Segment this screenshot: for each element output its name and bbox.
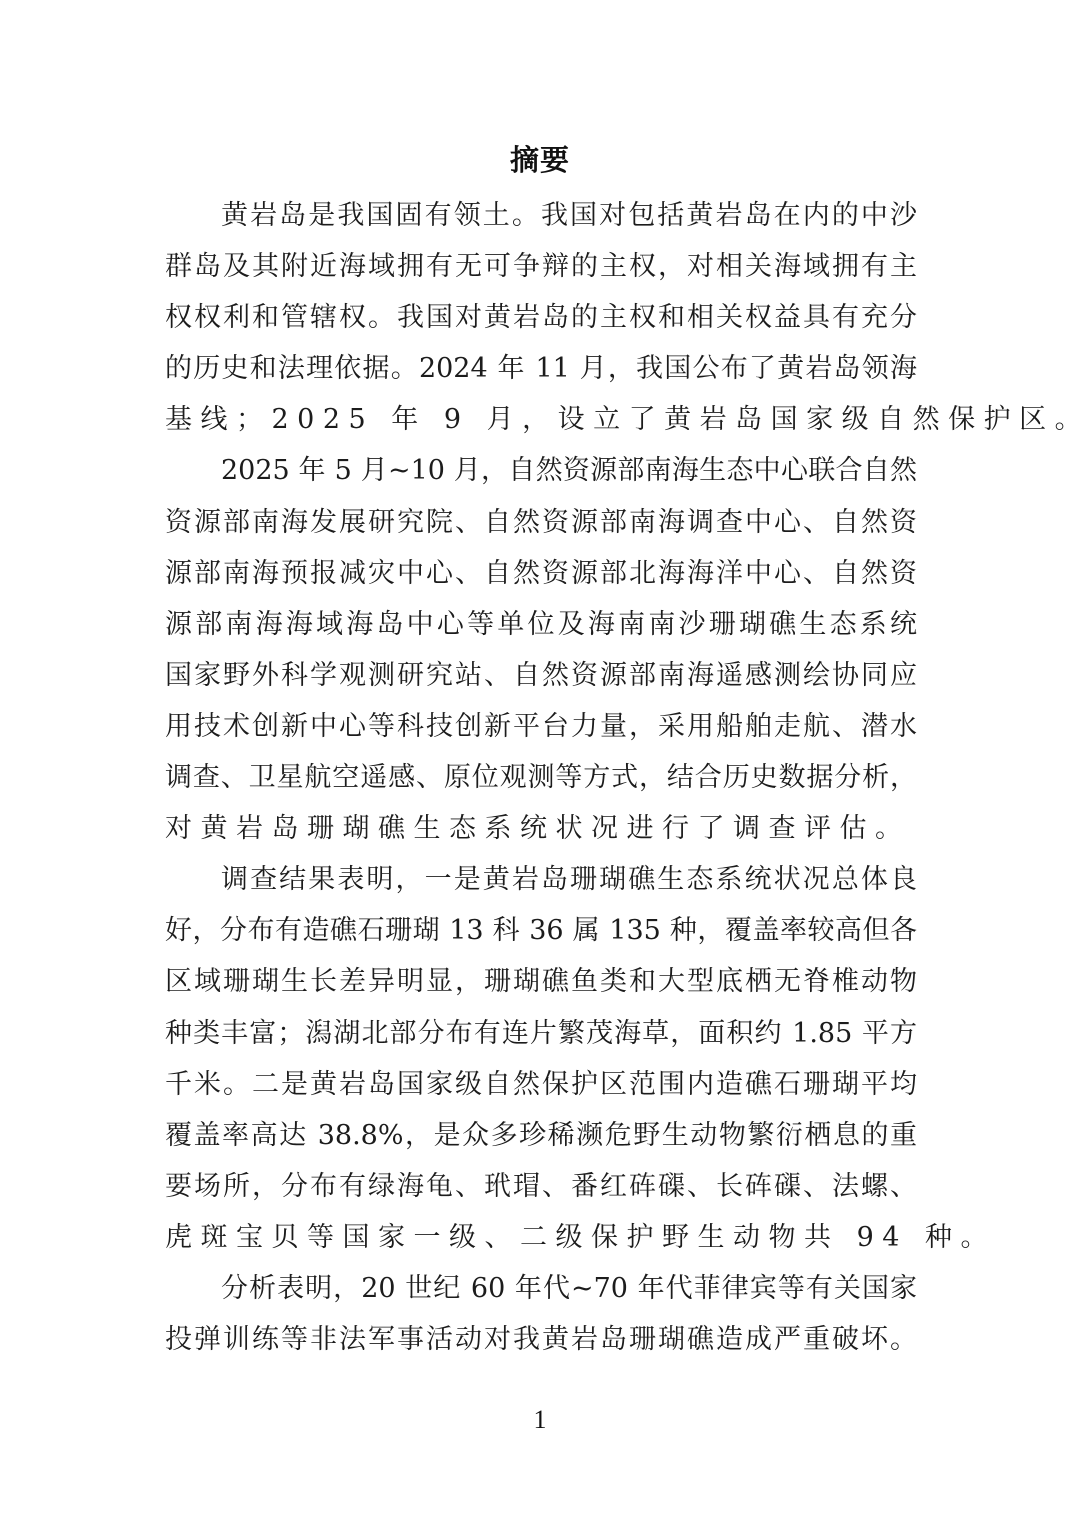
text-line: 要场所，分布有绿海龟、玳瑁、番红砗磲、长砗磲、法螺、 bbox=[165, 1161, 917, 1212]
page-title: 摘要 bbox=[0, 138, 1080, 182]
text-line: 源部南海海域海岛中心等单位及海南南沙珊瑚礁生态系统 bbox=[165, 599, 917, 650]
text-line: 群岛及其附近海域拥有无可争辩的主权，对相关海域拥有主 bbox=[165, 241, 917, 292]
text-line: 黄岩岛是我国固有领土。我国对包括黄岩岛在内的中沙 bbox=[165, 190, 917, 241]
text-line: 虎斑宝贝等国家一级、二级保护野生动物共 94 种。 bbox=[165, 1212, 917, 1263]
text-line: 源部南海预报减灾中心、自然资源部北海海洋中心、自然资 bbox=[165, 548, 917, 599]
paragraph-1: 黄岩岛是我国固有领土。我国对包括黄岩岛在内的中沙 群岛及其附近海域拥有无可争辩的… bbox=[165, 190, 917, 445]
text-line: 2025 年 5 月~10 月，自然资源部南海生态中心联合自然 bbox=[165, 445, 917, 496]
text-line: 权权利和管辖权。我国对黄岩岛的主权和相关权益具有充分 bbox=[165, 292, 917, 343]
text-line: 对黄岩岛珊瑚礁生态系统状况进行了调查评估。 bbox=[165, 803, 917, 854]
text-line: 资源部南海发展研究院、自然资源部南海调查中心、自然资 bbox=[165, 497, 917, 548]
page-number: 1 bbox=[0, 1402, 1080, 1438]
text-line: 调查结果表明，一是黄岩岛珊瑚礁生态系统状况总体良 bbox=[165, 854, 917, 905]
text-line: 千米。二是黄岩岛国家级自然保护区范围内造礁石珊瑚平均 bbox=[165, 1059, 917, 1110]
document-page: 摘要 黄岩岛是我国固有领土。我国对包括黄岩岛在内的中沙 群岛及其附近海域拥有无可… bbox=[0, 0, 1080, 1527]
text-line: 调查、卫星航空遥感、原位观测等方式，结合历史数据分析， bbox=[165, 752, 917, 803]
text-line: 的历史和法理依据。2024 年 11 月，我国公布了黄岩岛领海 bbox=[165, 343, 917, 394]
text-line: 投弹训练等非法军事活动对我黄岩岛珊瑚礁造成严重破坏。 bbox=[165, 1314, 917, 1365]
text-line: 覆盖率高达 38.8%，是众多珍稀濒危野生动物繁衍栖息的重 bbox=[165, 1110, 917, 1161]
text-line: 基线；2025 年 9 月，设立了黄岩岛国家级自然保护区。 bbox=[165, 394, 917, 445]
text-line: 用技术创新中心等科技创新平台力量，采用船舶走航、潜水 bbox=[165, 701, 917, 752]
text-line: 区域珊瑚生长差异明显，珊瑚礁鱼类和大型底栖无脊椎动物 bbox=[165, 956, 917, 1007]
text-line: 分析表明，20 世纪 60 年代~70 年代菲律宾等有关国家 bbox=[165, 1263, 917, 1314]
text-line: 种类丰富；潟湖北部分布有连片繁茂海草，面积约 1.85 平方 bbox=[165, 1008, 917, 1059]
paragraph-4: 分析表明，20 世纪 60 年代~70 年代菲律宾等有关国家 投弹训练等非法军事… bbox=[165, 1263, 917, 1365]
paragraph-2: 2025 年 5 月~10 月，自然资源部南海生态中心联合自然 资源部南海发展研… bbox=[165, 445, 917, 854]
text-line: 好，分布有造礁石珊瑚 13 科 36 属 135 种，覆盖率较高但各 bbox=[165, 905, 917, 956]
paragraph-3: 调查结果表明，一是黄岩岛珊瑚礁生态系统状况总体良 好，分布有造礁石珊瑚 13 科… bbox=[165, 854, 917, 1263]
document-body: 黄岩岛是我国固有领土。我国对包括黄岩岛在内的中沙 群岛及其附近海域拥有无可争辩的… bbox=[165, 190, 917, 1365]
text-line: 国家野外科学观测研究站、自然资源部南海遥感测绘协同应 bbox=[165, 650, 917, 701]
